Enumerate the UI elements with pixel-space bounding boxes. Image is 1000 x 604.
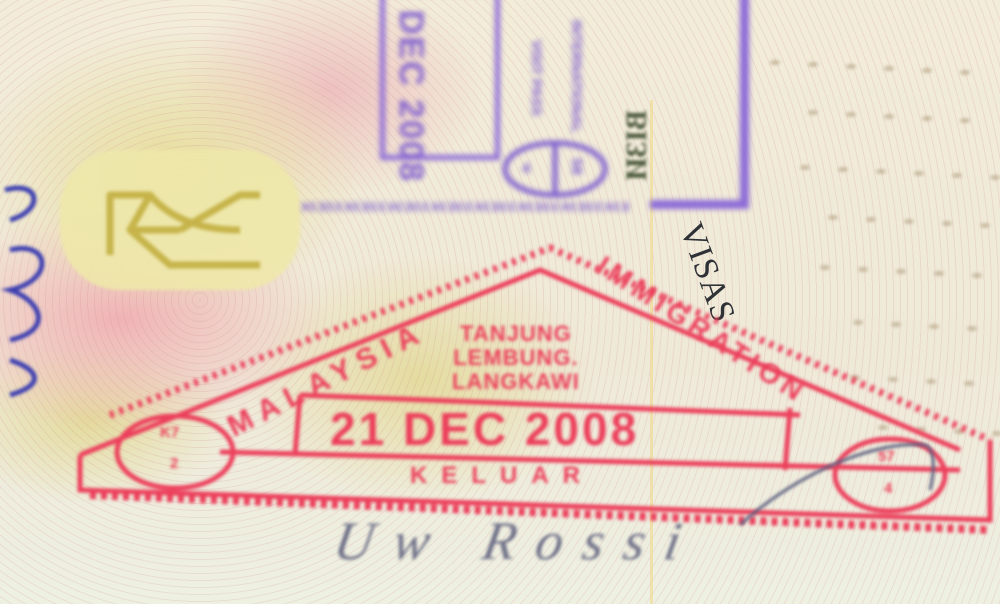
location-line-3: LANGKAWI <box>452 370 580 394</box>
signature: Uw Rossi <box>330 510 706 572</box>
left-circle-top: K7 <box>160 424 179 441</box>
passport-page: DEC 2008 58 4 INTERNATIONAL VISIT PASS Е… <box>0 0 1000 604</box>
location-line-2: LEMBUNG. <box>452 346 580 370</box>
location-line-1: TANJUNG <box>452 322 580 346</box>
red-stamp-location: TANJUNG LEMBUNG. LANGKAWI <box>452 322 580 394</box>
signature-stroke <box>740 440 940 530</box>
left-circle-bottom: 2 <box>170 455 178 472</box>
red-stamp-type: KELUAR <box>410 462 594 490</box>
red-stamp-date: 21 DEC 2008 <box>330 402 639 456</box>
